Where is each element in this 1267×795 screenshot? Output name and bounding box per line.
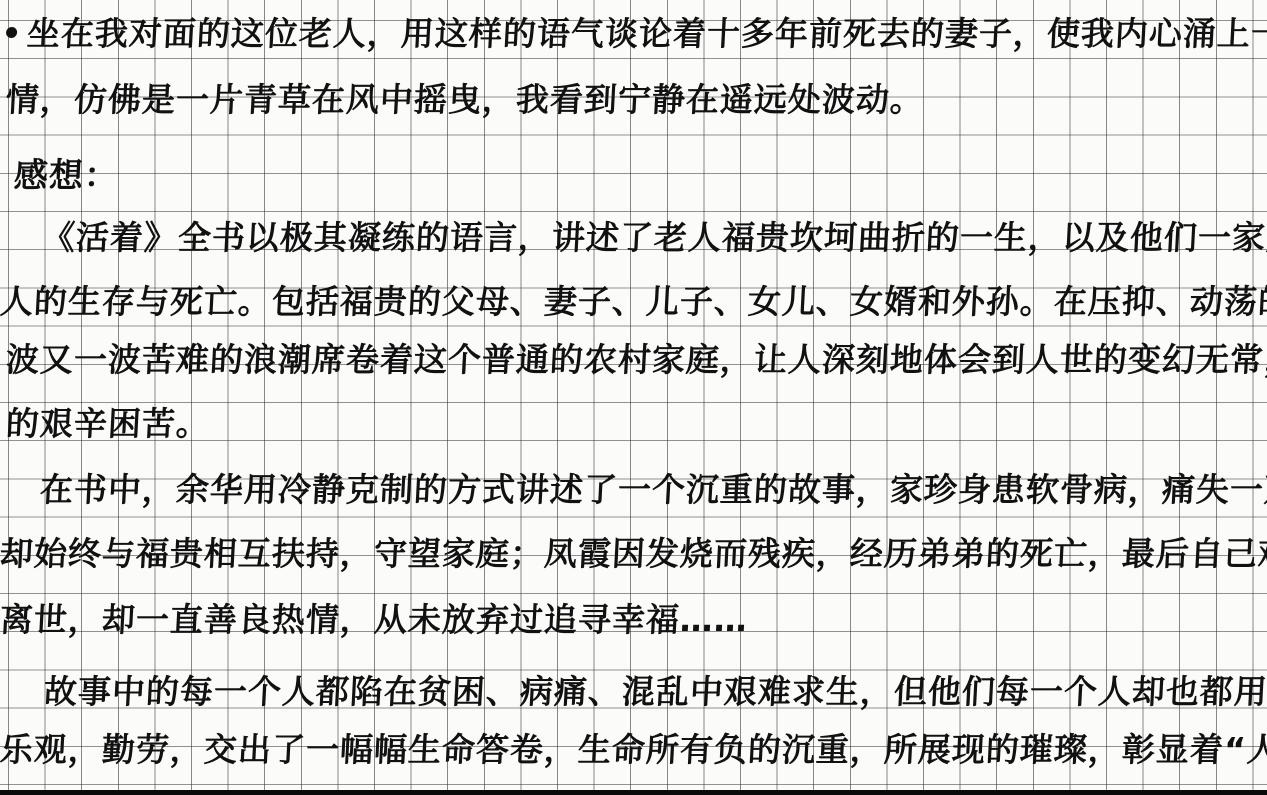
bullet-icon	[6, 27, 18, 38]
paragraph-1-line-1: 《活着》全书以极其凝练的语言，讲述了老人福贵坎坷曲折的一生，以及他们一家几代	[41, 218, 1267, 258]
paragraph-2-line-1: 在书中，余华用冷静克制的方式讲述了一个沉重的故事，家珍身患软骨病，痛失一双儿女，	[39, 470, 1267, 510]
paragraph-2-line-3: 离世，却一直善良热情，从未放弃过追寻幸福……	[0, 600, 749, 640]
paragraph-3-line-1: 故事中的每一个人都陷在贫困、病痛、混乱中艰难求生，但他们每一个人却也都用自身的朴…	[43, 672, 1267, 712]
paragraph-1-line-2: 人的生存与死亡。包括福贵的父母、妻子、儿子、女儿、女婿和外孙。在压抑、动荡的历史…	[0, 282, 1267, 322]
quote-line-2: 情，仿佛是一片青草在风中摇曳，我看到宁静在遥远处波动。	[5, 80, 925, 120]
quote-text-1: 坐在我对面的这位老人，用这样的语气谈论着十多年前死去的妻子，使我内心涌上一股难言…	[26, 14, 1267, 53]
paragraph-2-line-2: 却始终与福贵相互扶持，守望家庭；凤霞因发烧而残疾，经历弟弟的死亡，最后自己难产	[0, 534, 1267, 574]
paragraph-3-line-2: 乐观，勤劳，交出了一幅幅生命答卷，生命所有负的沉重，所展现的璀璨，彰显着“人活	[0, 730, 1267, 770]
paragraph-1-line-3: 波又一波苦难的浪潮席卷着这个普通的农村家庭，让人深刻地体会到人世的变幻无常，活着	[5, 340, 1267, 380]
paragraph-1-line-4: 的艰辛困苦。	[5, 404, 211, 444]
section-heading: 感想：	[13, 156, 120, 196]
grid-paper-page: 坐在我对面的这位老人，用这样的语气谈论着十多年前死去的妻子，使我内心涌上一股难言…	[0, 0, 1267, 795]
page-bottom-edge	[0, 790, 1267, 795]
quote-line-1: 坐在我对面的这位老人，用这样的语气谈论着十多年前死去的妻子，使我内心涌上一股难言…	[0, 14, 1267, 54]
